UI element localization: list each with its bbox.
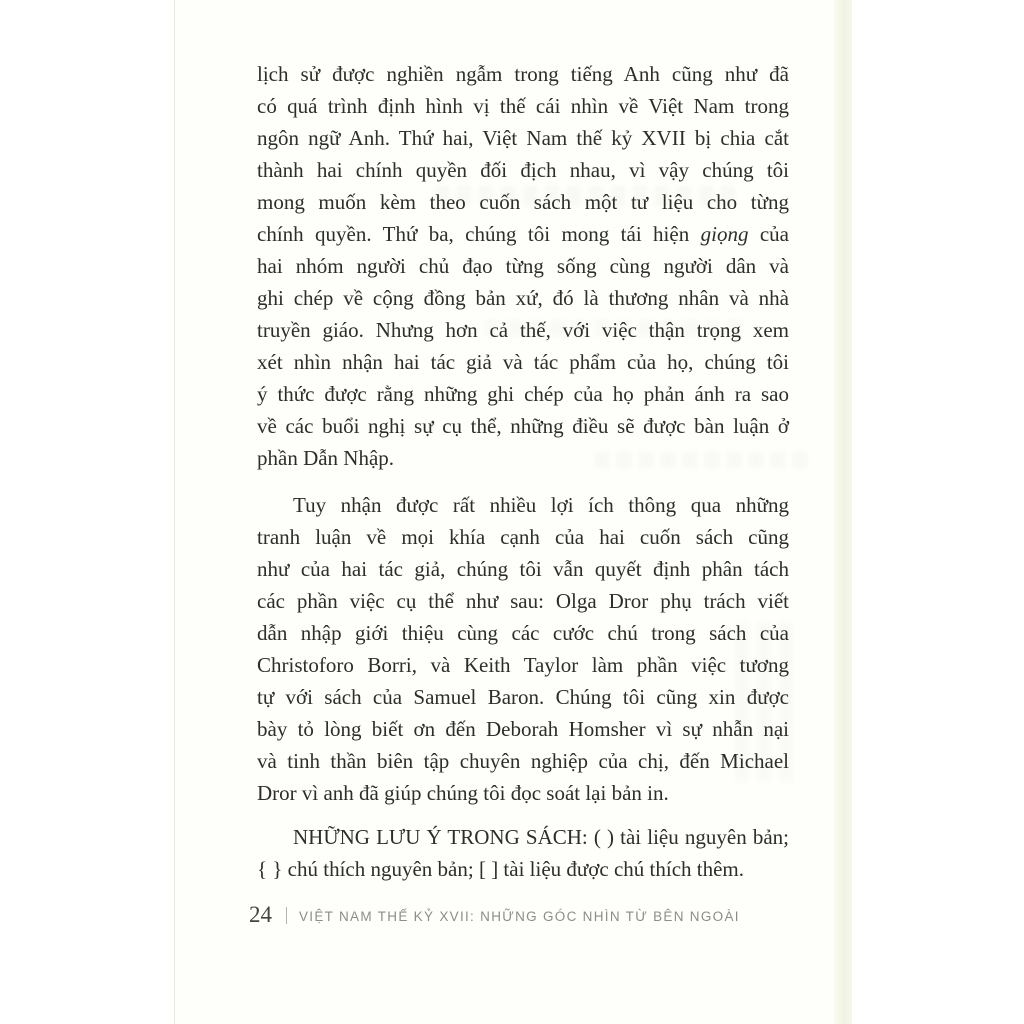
text-line: { } chú thích nguyên bản; [ ] tài liệu đ… <box>257 853 789 885</box>
page-right-edge <box>834 0 852 1024</box>
paragraph: Tuy nhận được rất nhiều lợi ích thông qu… <box>257 489 789 809</box>
text-line: bày tỏ lòng biết ơn đến Deborah Homsher … <box>257 713 789 745</box>
paragraph: lịch sử được nghiền ngẫm trong tiếng Anh… <box>257 58 789 474</box>
text-line: thành hai chính quyền đối địch nhau, vì … <box>257 154 789 186</box>
page-number: 24 <box>249 902 272 928</box>
footer-divider <box>286 907 287 924</box>
text-column: lịch sử được nghiền ngẫm trong tiếng Anh… <box>257 58 789 885</box>
text-line: NHỮNG LƯU Ý TRONG SÁCH: ( ) tài liệu ngu… <box>257 821 789 853</box>
text-line: truyền giáo. Nhưng hơn cả thế, với việc … <box>257 314 789 346</box>
text-line: phần Dẫn Nhập. <box>257 442 789 474</box>
text-line: tự với sách của Samuel Baron. Chúng tôi … <box>257 681 789 713</box>
text-line: hai nhóm người chủ đạo từng sống cùng ng… <box>257 250 789 282</box>
text-line: chính quyền. Thứ ba, chúng tôi mong tái … <box>257 218 789 250</box>
page-footer: 24 VIỆT NAM THẾ KỶ XVII: NHỮNG GÓC NHÌN … <box>249 902 740 928</box>
text-line: mong muốn kèm theo cuốn sách một tư liệu… <box>257 186 789 218</box>
text-line: Dror vì anh đã giúp chúng tôi đọc soát l… <box>257 777 789 809</box>
scanned-book-page: lịch sử được nghiền ngẫm trong tiếng Anh… <box>174 0 852 1024</box>
text-line: tranh luận về mọi khía cạnh của hai cuốn… <box>257 521 789 553</box>
text-line: và tinh thần biên tập chuyên nghiệp của … <box>257 745 789 777</box>
text-line: như của hai tác giả, chúng tôi vẫn quyết… <box>257 553 789 585</box>
text-line: Tuy nhận được rất nhiều lợi ích thông qu… <box>257 489 789 521</box>
text-line: về các buổi nghị sự cụ thể, những điều s… <box>257 410 789 442</box>
text-line: Christoforo Borri, và Keith Taylor làm p… <box>257 649 789 681</box>
text-line: lịch sử được nghiền ngẫm trong tiếng Anh… <box>257 58 789 90</box>
text-line: ngôn ngữ Anh. Thứ hai, Việt Nam thế kỷ X… <box>257 122 789 154</box>
text-line: ý thức được rằng những ghi chép của họ p… <box>257 378 789 410</box>
running-title: VIỆT NAM THẾ KỶ XVII: NHỮNG GÓC NHÌN TỪ … <box>299 907 740 924</box>
text-line: xét nhìn nhận hai tác giả và tác phẩm củ… <box>257 346 789 378</box>
text-line: các phần việc cụ thể như sau: Olga Dror … <box>257 585 789 617</box>
paragraph-book-notes: NHỮNG LƯU Ý TRONG SÁCH: ( ) tài liệu ngu… <box>257 821 789 885</box>
text-line: có quá trình định hình vị thế cái nhìn v… <box>257 90 789 122</box>
text-line: dẫn nhập giới thiệu cùng các cước chú tr… <box>257 617 789 649</box>
text-line: ghi chép về cộng đồng bản xứ, đó là thươ… <box>257 282 789 314</box>
